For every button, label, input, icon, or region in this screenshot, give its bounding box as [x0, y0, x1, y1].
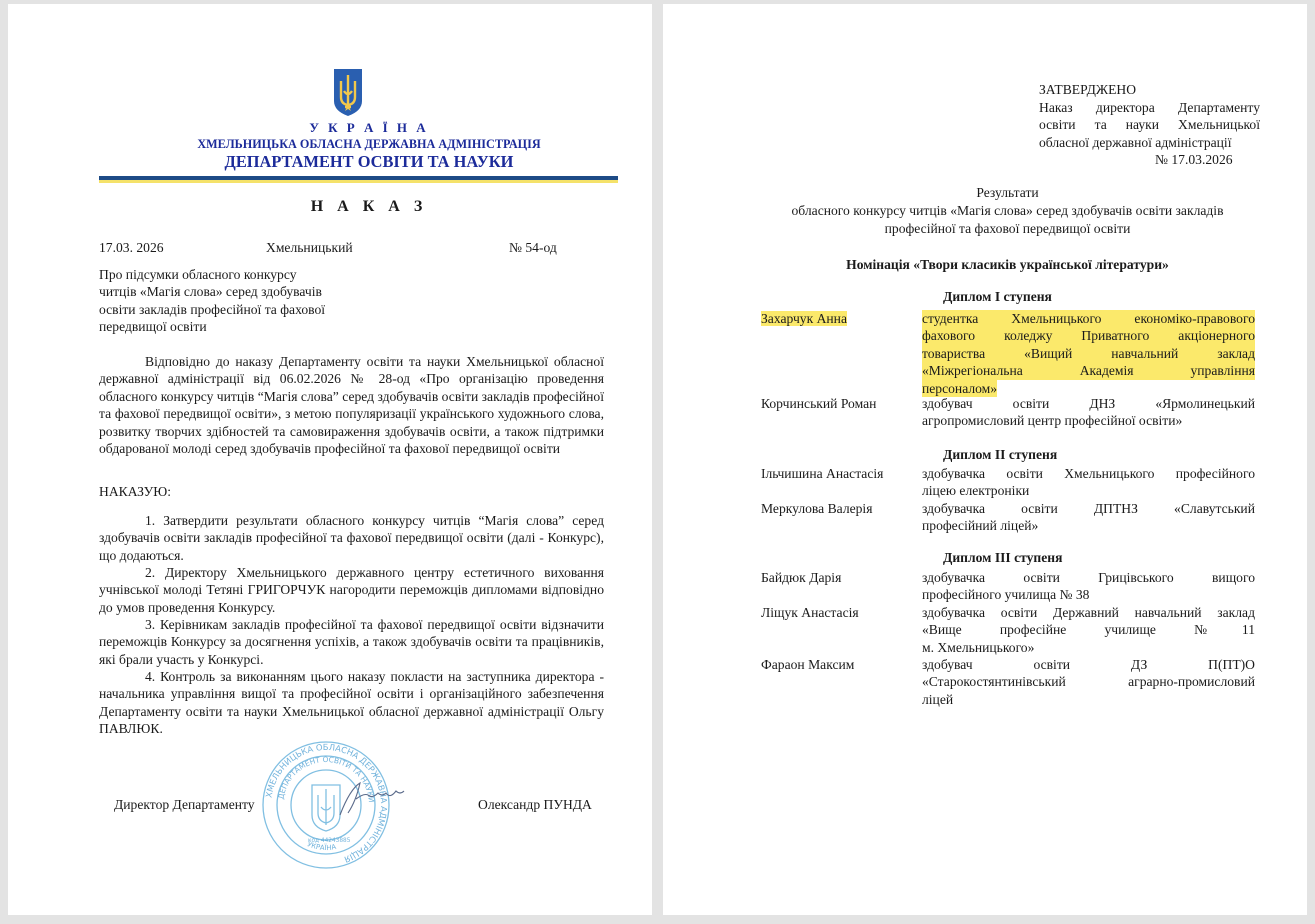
approval-line-2: освіти та науки Хмельницької: [1039, 116, 1260, 133]
approval-line-1: Наказ директора Департаменту: [1039, 99, 1260, 116]
diploma-degree-heading: Диплом ІІІ ступеня: [943, 550, 1063, 566]
order-preamble: Відповідно до наказу Департаменту освіти…: [99, 353, 604, 457]
winner-name: Байдюк Дарія: [761, 569, 921, 586]
trident-coat-of-arms-icon: [332, 67, 364, 117]
header-administration: ХМЕЛЬНИЦЬКА ОБЛАСНА ДЕРЖАВНА АДМІНІСТРАЦ…: [99, 137, 639, 152]
approval-line-3: обласної державної адміністрації: [1039, 134, 1260, 151]
order-date: 17.03. 2026: [99, 240, 164, 256]
winner-name: Ліщук Анастасія: [761, 604, 921, 621]
nomination-title: Номінація «Твори класиків української лі…: [663, 256, 1315, 273]
results-page: ЗАТВЕРДЖЕНО Наказ директора Департаменту…: [663, 4, 1307, 915]
results-title: Результати: [663, 184, 1315, 201]
diploma-degree-heading: Диплом І ступеня: [943, 289, 1052, 305]
winner-institution: здобувачка освіти Грицівського вищогопро…: [922, 569, 1255, 604]
winner-institution: здобувач освіти ДНЗ «Ярмолинецькийагропр…: [922, 395, 1255, 430]
order-word: НАКАЗУЮ:: [99, 483, 171, 500]
order-subject: Про підсумки обласного конкурсу читців «…: [99, 266, 399, 336]
signature-position: Директор Департаменту: [114, 796, 255, 813]
header-department: ДЕПАРТАМЕНТ ОСВІТИ ТА НАУКИ: [99, 152, 639, 172]
diploma-degree-heading: Диплом ІІ ступеня: [943, 447, 1057, 463]
order-page: У К Р А Ї Н А ХМЕЛЬНИЦЬКА ОБЛАСНА ДЕРЖАВ…: [8, 4, 652, 915]
winner-institution: здобувач освіти ДЗ П(ПТ)О«Старокостянтин…: [922, 656, 1255, 708]
approval-title: ЗАТВЕРДЖЕНО: [1039, 81, 1136, 98]
winner-institution: студентка Хмельницького економіко-правов…: [922, 310, 1255, 397]
signature-scribble-icon: [338, 779, 438, 819]
order-number: № 54-од: [509, 240, 557, 256]
header-country: У К Р А Ї Н А: [99, 120, 639, 136]
winner-name: Фараон Максим: [761, 656, 921, 673]
winner-name: Захарчук Анна: [761, 310, 921, 327]
results-subtitle-2: професійної та фахової передвищої освіти: [663, 220, 1315, 237]
signature-name: Олександр ПУНДА: [478, 796, 592, 813]
winner-name: Меркулова Валерія: [761, 500, 921, 517]
order-city: Хмельницький: [266, 240, 353, 256]
order-item-3: 3. Керівникам закладів професійної та фа…: [99, 616, 604, 668]
order-item-4: 4. Контроль за виконанням цього наказу п…: [99, 668, 604, 738]
order-item-2: 2. Директору Хмельницького державного це…: [99, 564, 604, 616]
flag-rule: [99, 176, 618, 183]
winner-institution: здобувачка освіти ДПТНЗ «Славутськийпроф…: [922, 500, 1255, 535]
winner-institution: здобувачка освіти Державний навчальний з…: [922, 604, 1255, 656]
winner-institution: здобувачка освіти Хмельницького професій…: [922, 465, 1255, 500]
results-subtitle-1: обласного конкурсу читців «Магія слова» …: [663, 202, 1315, 219]
document-type: Н А К А З: [99, 198, 639, 216]
winner-name: Корчинський Роман: [761, 395, 921, 412]
approval-number: № 17.03.2026: [1155, 151, 1233, 168]
order-item-1: 1. Затвердити результати обласного конку…: [99, 512, 604, 564]
winner-name: Ільчишина Анастасія: [761, 465, 921, 482]
